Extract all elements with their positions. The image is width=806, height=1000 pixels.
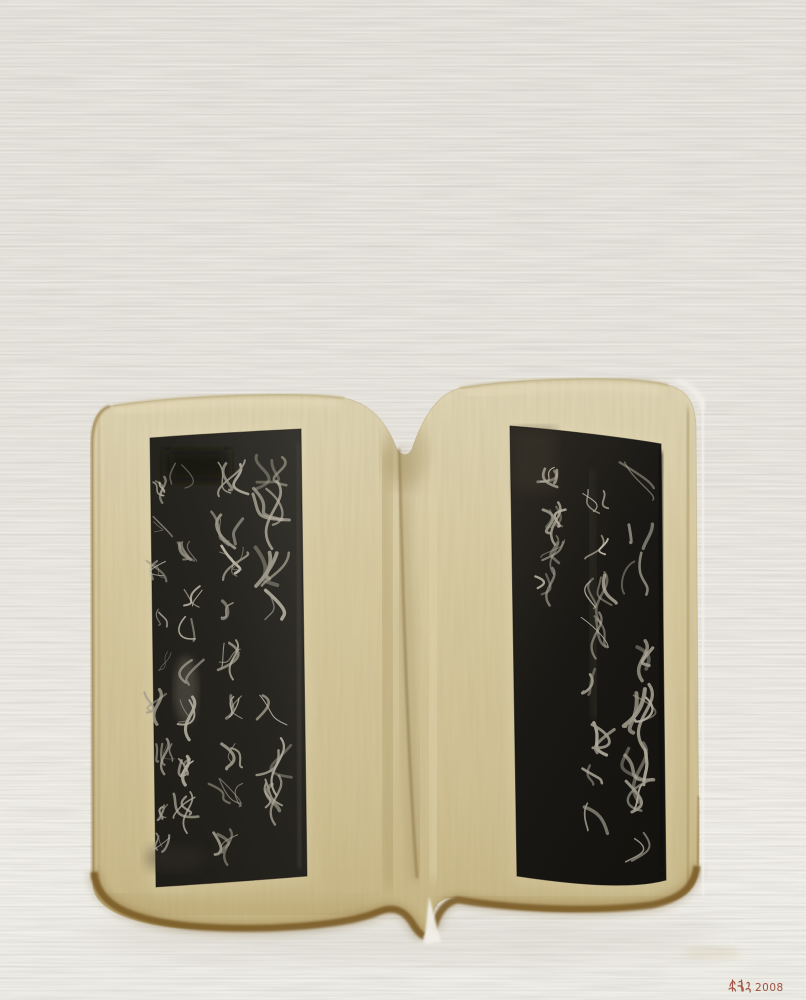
painting: 2008 <box>0 0 806 1000</box>
painting-canvas: 2008 <box>0 0 806 1000</box>
background-smudge <box>684 946 740 960</box>
left-ink-panel <box>145 429 308 887</box>
right-edge-overpaint <box>702 398 704 895</box>
right-ink-panel <box>510 426 666 885</box>
signature-year: 2008 <box>755 982 784 994</box>
